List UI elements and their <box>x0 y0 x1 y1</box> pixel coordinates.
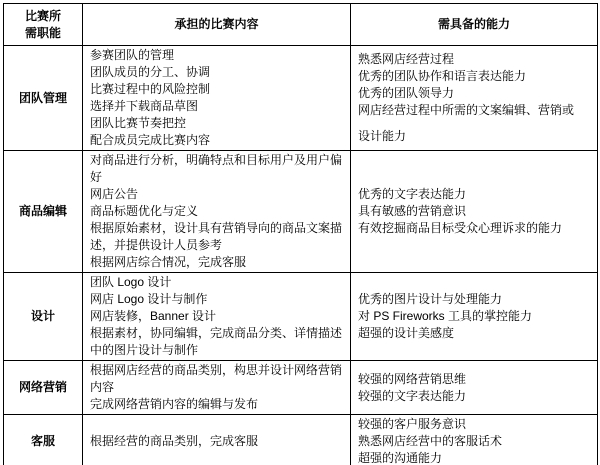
role-cell: 网络营销 <box>4 361 83 415</box>
header-role-line1: 比赛所 <box>6 8 80 25</box>
header-cell-role: 比赛所 需职能 <box>4 4 83 46</box>
task-line: 网店公告 <box>90 186 343 203</box>
task-line: 团队 Logo 设计 <box>90 274 343 291</box>
tasks-cell: 根据网店经营的商品类别，构思并设计网络营销内容完成网络营销内容的编辑与发布 <box>83 361 351 415</box>
line-spacer <box>358 119 590 128</box>
tasks-cell: 对商品进行分析，明确特点和目标用户及用户偏好网店公告商品标题优化与定义根据原始素… <box>83 151 351 273</box>
header-cell-tasks: 承担的比赛内容 <box>83 4 351 46</box>
ability-line: 优秀的团队协作和语言表达能力 <box>358 68 590 85</box>
task-line: 根据网店经营的商品类别，构思并设计网络营销内容 <box>90 362 343 396</box>
ability-line: 超强的沟通能力 <box>358 450 590 465</box>
role-cell: 客服 <box>4 415 83 465</box>
ability-line: 有效挖掘商品目标受众心理诉求的能力 <box>358 220 590 237</box>
ability-line: 对 PS Fireworks 工具的掌控能力 <box>358 308 590 325</box>
task-line: 根据经营的商品类别，完成客服 <box>90 433 343 450</box>
table-row: 客服 根据经营的商品类别，完成客服 较强的客户服务意识熟悉网店经营中的客服话术超… <box>4 415 598 465</box>
task-line: 完成网络营销内容的编辑与发布 <box>90 396 343 413</box>
ability-line: 较强的网络营销思维 <box>358 371 590 388</box>
task-line: 商品标题优化与定义 <box>90 203 343 220</box>
task-line: 选择并下载商品草图 <box>90 98 343 115</box>
tasks-cell: 团队 Logo 设计网店 Logo 设计与制作网店装修，Banner 设计根据素… <box>83 273 351 361</box>
task-line: 参赛团队的管理 <box>90 47 343 64</box>
ability-line: 具有敏感的营销意识 <box>358 203 590 220</box>
task-line: 根据原始素材，设计具有营销导向的商品文案描述，并提供设计人员参考 <box>90 220 343 254</box>
ability-line: 超强的设计美感度 <box>358 325 590 342</box>
ability-line: 优秀的图片设计与处理能力 <box>358 291 590 308</box>
role-cell: 设计 <box>4 273 83 361</box>
ability-line: 设计能力 <box>358 128 590 145</box>
header-row: 比赛所 需职能 承担的比赛内容 需具备的能力 <box>4 4 598 46</box>
table-row: 设计 团队 Logo 设计网店 Logo 设计与制作网店装修，Banner 设计… <box>4 273 598 361</box>
abilities-cell: 优秀的文字表达能力具有敏感的营销意识有效挖掘商品目标受众心理诉求的能力 <box>351 151 598 273</box>
task-line: 对商品进行分析，明确特点和目标用户及用户偏好 <box>90 152 343 186</box>
task-line: 网店装修，Banner 设计 <box>90 308 343 325</box>
abilities-cell: 优秀的图片设计与处理能力对 PS Fireworks 工具的掌控能力超强的设计美… <box>351 273 598 361</box>
competition-roles-table: 比赛所 需职能 承担的比赛内容 需具备的能力 团队管理 参赛团队的管理团队成员的… <box>3 3 598 465</box>
ability-line: 网店经营过程中所需的文案编辑、营销或 <box>358 102 590 119</box>
ability-line: 熟悉网店经营过程 <box>358 51 590 68</box>
tasks-cell: 参赛团队的管理团队成员的分工、协调比赛过程中的风险控制选择并下载商品草图团队比赛… <box>83 46 351 151</box>
role-cell: 团队管理 <box>4 46 83 151</box>
task-line: 比赛过程中的风险控制 <box>90 81 343 98</box>
header-cell-abilities: 需具备的能力 <box>351 4 598 46</box>
ability-line: 优秀的文字表达能力 <box>358 186 590 203</box>
task-line: 根据网店综合情况，完成客服 <box>90 254 343 271</box>
task-line: 团队比赛节奏把控 <box>90 115 343 132</box>
task-line: 根据素材，协同编辑，完成商品分类、详情描述中的图片设计与制作 <box>90 325 343 359</box>
ability-line: 较强的文字表达能力 <box>358 388 590 405</box>
task-line: 配合成员完成比赛内容 <box>90 132 343 149</box>
tasks-cell: 根据经营的商品类别，完成客服 <box>83 415 351 465</box>
document-page: 比赛所 需职能 承担的比赛内容 需具备的能力 团队管理 参赛团队的管理团队成员的… <box>0 0 600 465</box>
abilities-cell: 较强的客户服务意识熟悉网店经营中的客服话术超强的沟通能力 <box>351 415 598 465</box>
header-role-line2: 需职能 <box>6 25 80 42</box>
table-row: 团队管理 参赛团队的管理团队成员的分工、协调比赛过程中的风险控制选择并下载商品草… <box>4 46 598 151</box>
table-body: 团队管理 参赛团队的管理团队成员的分工、协调比赛过程中的风险控制选择并下载商品草… <box>4 46 598 465</box>
abilities-cell: 较强的网络营销思维较强的文字表达能力 <box>351 361 598 415</box>
role-cell: 商品编辑 <box>4 151 83 273</box>
task-line: 团队成员的分工、协调 <box>90 64 343 81</box>
ability-line: 较强的客户服务意识 <box>358 416 590 433</box>
table-row: 网络营销 根据网店经营的商品类别，构思并设计网络营销内容完成网络营销内容的编辑与… <box>4 361 598 415</box>
ability-line: 优秀的团队领导力 <box>358 85 590 102</box>
task-line: 网店 Logo 设计与制作 <box>90 291 343 308</box>
ability-line: 熟悉网店经营中的客服话术 <box>358 433 590 450</box>
abilities-cell: 熟悉网店经营过程优秀的团队协作和语言表达能力优秀的团队领导力网店经营过程中所需的… <box>351 46 598 151</box>
table-row: 商品编辑 对商品进行分析，明确特点和目标用户及用户偏好网店公告商品标题优化与定义… <box>4 151 598 273</box>
